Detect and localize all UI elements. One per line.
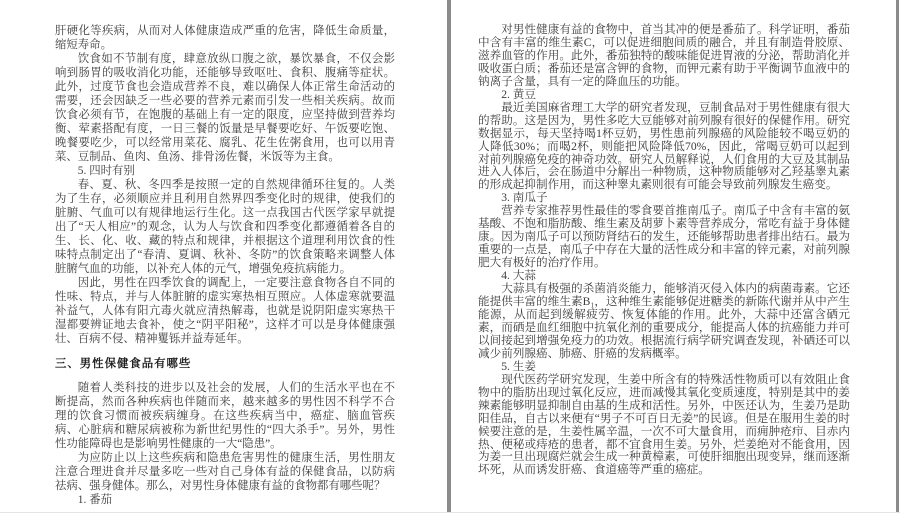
page-right: 对男性健康有益的食物中，首当其冲的便是番茄了。科学证明，番茄中含有丰富的维生素C… — [478, 24, 850, 477]
sub-heading: 5. 四时有别 — [55, 164, 395, 178]
paragraph: 春、夏、秋、冬四季是按照一定的自然规律循环往复的。人类为了生存，必须顺应并且利用… — [55, 178, 395, 276]
page-divider — [447, 0, 451, 513]
paragraph: 因此，男性在四季饮食的调配上，一定要注意食物各自不同的性味、特点，并与人体脏腑的… — [55, 276, 395, 346]
paragraph: 大蒜具有极强的杀菌消炎能力，能够消灭侵入体内的病菌毒素。它还能提供丰富的维生素B… — [478, 283, 850, 361]
page-left: 肝硬化等疾病，从而对人体健康造成严重的危害，降低生命质量，缩短寿命。饮食如不节制… — [55, 24, 395, 507]
paragraph: 饮食如不节制有度，肆意放纵口腹之欲，暴饮暴食，不仅会影响到肠胃的吸收消化功能，还… — [55, 52, 395, 164]
section-heading: 三、男性保健食品有哪些 — [55, 357, 395, 371]
page-bottom-edge — [0, 512, 900, 513]
paragraph: 为应防止以上这些疾病和隐患危害男性的健康生活，男性朋友注意合理进食并尽量多吃一些… — [55, 451, 395, 493]
document-spread: 肝硬化等疾病，从而对人体健康造成严重的危害，降低生命质量，缩短寿命。饮食如不节制… — [0, 0, 900, 519]
paragraph: 营养专家推荐男性最佳的零食要首推南瓜子。南瓜子中含有丰富的氨基酸、不饱和脂肪酸、… — [478, 205, 850, 270]
sub-heading: 5. 生姜 — [478, 361, 850, 374]
paragraph: 现代医药学研究发现，生姜中所含有的特殊活性物质可以有效阻止食物中的脂肪出现过氧化… — [478, 374, 850, 478]
paragraph: 最近美国麻省理工大学的研究者发现，豆制食品对于男性健康有很大的帮助。这是因为，男… — [478, 102, 850, 193]
paragraph: 随着人类科技的进步以及社会的发展，人们的生活水平也在不断提高，然而各种疾病也伴随… — [55, 381, 395, 451]
sub-heading: 2. 黄豆 — [478, 89, 850, 102]
paragraph: 肝硬化等疾病，从而对人体健康造成严重的危害，降低生命质量，缩短寿命。 — [55, 24, 395, 52]
sub-heading: 1. 番茄 — [55, 493, 395, 507]
paragraph: 对男性健康有益的食物中，首当其冲的便是番茄了。科学证明，番茄中含有丰富的维生素C… — [478, 24, 850, 89]
window-right-border — [896, 0, 899, 513]
